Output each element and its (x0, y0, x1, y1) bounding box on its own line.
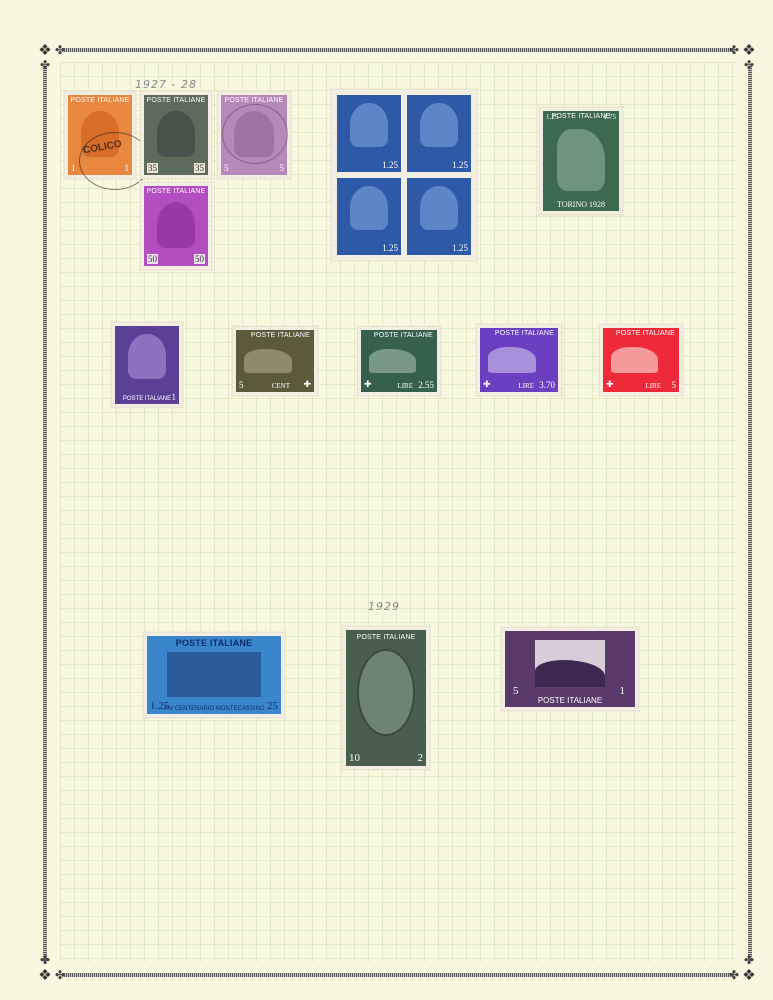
border-top (62, 48, 734, 52)
stamp-value: 2 (418, 752, 424, 764)
she-wolf-icon (244, 349, 292, 374)
she-wolf-icon (369, 349, 416, 374)
stamp-value: 10 (349, 752, 360, 764)
caesar-portrait-icon (128, 334, 166, 379)
stamp-value: 1.25 (452, 160, 468, 170)
stamp-value: 1 (71, 163, 76, 173)
border-right (748, 66, 752, 962)
year-annotation: 1929 (368, 600, 400, 613)
stamp: POSTE ITALIANE ✚ LIRE 3.70 (477, 325, 561, 395)
stamp-title: POSTE ITALIANE (551, 113, 610, 120)
stamp-title: POSTE ITALIANE (115, 396, 179, 402)
stamp-title: POSTE ITALIANE (374, 332, 433, 339)
stamp: 1.25 (337, 95, 401, 172)
stamp: POSTE ITALIANE 1 (112, 323, 182, 407)
knot-ornament-icon: ✤ (728, 969, 740, 981)
stamp-title: POSTE ITALIANE (176, 638, 253, 648)
knot-ornament-icon: ✤ (743, 59, 755, 71)
stamp-title: POSTE ITALIANE (616, 330, 675, 337)
stamp-title: POSTE ITALIANE (495, 330, 554, 337)
stamp-block: 1.25 1.25 1.25 1.25 (332, 90, 476, 260)
stamp-value: 1.25 (382, 160, 398, 170)
cross-icon: ✚ (303, 379, 311, 390)
stamp: POSTE ITALIANE ✚ LIRE 5 (600, 325, 682, 395)
stamp-caption: XIV CENTENARIO MONTECASSINO (147, 706, 281, 712)
stamp-value: 1.25 (382, 243, 398, 253)
stamp-value: 35 (147, 163, 158, 173)
corner-ornament-icon: ❖ (37, 42, 53, 58)
portrait-icon (350, 186, 388, 231)
stamp-unit: LIRE (645, 382, 661, 390)
stamp-title: POSTE ITALIANE (251, 332, 310, 339)
border-bottom (62, 973, 734, 977)
stamp-unit: CENT (272, 382, 290, 390)
stamp-value: 50 (194, 254, 205, 264)
stamp-value: 5 (280, 163, 285, 173)
stamp-value: 5 (224, 163, 229, 173)
stamp: POSTE ITALIANE 35 35 (141, 92, 211, 178)
stamp: POSTE ITALIANE 1.25 25 XIV CENTENARIO MO… (144, 633, 284, 717)
stamp-value: 35 (194, 163, 205, 173)
stamp: POSTE ITALIANE ✚ LIRE 2.55 (358, 327, 440, 395)
knot-ornament-icon: ✤ (39, 59, 51, 71)
cross-icon: ✚ (606, 379, 614, 390)
portrait-icon (350, 103, 388, 148)
stamp-unit: LIRE (397, 382, 413, 390)
stamp-title: POSTE ITALIANE (146, 97, 205, 104)
stamp-caption: TORINO 1928 (543, 200, 619, 209)
stamp: POSTE ITALIANE 5 CENT ✚ (233, 327, 317, 395)
stamp: POSTE ITALIANE 50 50 (141, 183, 211, 269)
stamp-value: 1.75 (604, 113, 616, 121)
stamp-value: 1.25 (546, 113, 558, 121)
stamp-value: 5 (672, 380, 677, 390)
stamp: 5 1 POSTE ITALIANE (502, 628, 638, 710)
cloister-scene-icon (167, 652, 261, 697)
stamp-value: 5 (239, 380, 244, 390)
corner-ornament-icon: ❖ (37, 967, 53, 983)
stamp: 1.25 (407, 178, 471, 255)
year-annotation: 1927 - 28 (135, 78, 197, 91)
cross-icon: ✚ (483, 379, 491, 390)
portrait-icon (420, 103, 458, 148)
stamp: POSTE ITALIANE 1.25 1.75 TORINO 1928 (540, 108, 622, 214)
album-page: ❖ ✤ ✤ ❖ ✤ ✤ ❖ ✤ ✤ ❖ ✤ ✤ 1927 - 28 1929 P… (0, 0, 773, 1000)
postmark-icon (222, 104, 288, 164)
knot-ornament-icon: ✤ (54, 969, 66, 981)
she-wolf-icon (611, 347, 658, 373)
stamp-title: POSTE ITALIANE (70, 97, 129, 104)
stamp: POSTE ITALIANE 5 5 (218, 92, 290, 178)
stamp-value: 1 (172, 392, 177, 402)
portrait-icon (157, 111, 195, 157)
border-left (43, 66, 47, 962)
saint-benedict-icon (357, 649, 415, 736)
corner-ornament-icon: ❖ (741, 967, 757, 983)
knot-ornament-icon: ✤ (728, 44, 740, 56)
stamp-value: 3.70 (539, 380, 555, 390)
stamp-title: POSTE ITALIANE (356, 634, 415, 641)
stamp-title: POSTE ITALIANE (505, 696, 635, 705)
stamp-title: POSTE ITALIANE (146, 188, 205, 195)
knot-ornament-icon: ✤ (743, 954, 755, 966)
knot-ornament-icon: ✤ (39, 954, 51, 966)
stamp-value: 1.25 (452, 243, 468, 253)
portrait-icon (157, 202, 195, 248)
stamp: POSTE ITALIANE 10 2 (343, 627, 429, 769)
stamp-value: 2.55 (418, 380, 434, 390)
knot-ornament-icon: ✤ (54, 44, 66, 56)
cross-icon: ✚ (364, 379, 372, 390)
stamp-unit: LIRE (518, 382, 534, 390)
corner-ornament-icon: ❖ (741, 42, 757, 58)
stamp-value: 50 (147, 254, 158, 264)
she-wolf-icon (488, 347, 536, 373)
equestrian-scene-icon (557, 129, 606, 191)
stamp: 1.25 (337, 178, 401, 255)
stamp: POSTE ITALIANE 1 1 COLICO (65, 92, 135, 178)
stamp: 1.25 (407, 95, 471, 172)
portrait-icon (420, 186, 458, 231)
stamp-title: POSTE ITALIANE (224, 97, 283, 104)
